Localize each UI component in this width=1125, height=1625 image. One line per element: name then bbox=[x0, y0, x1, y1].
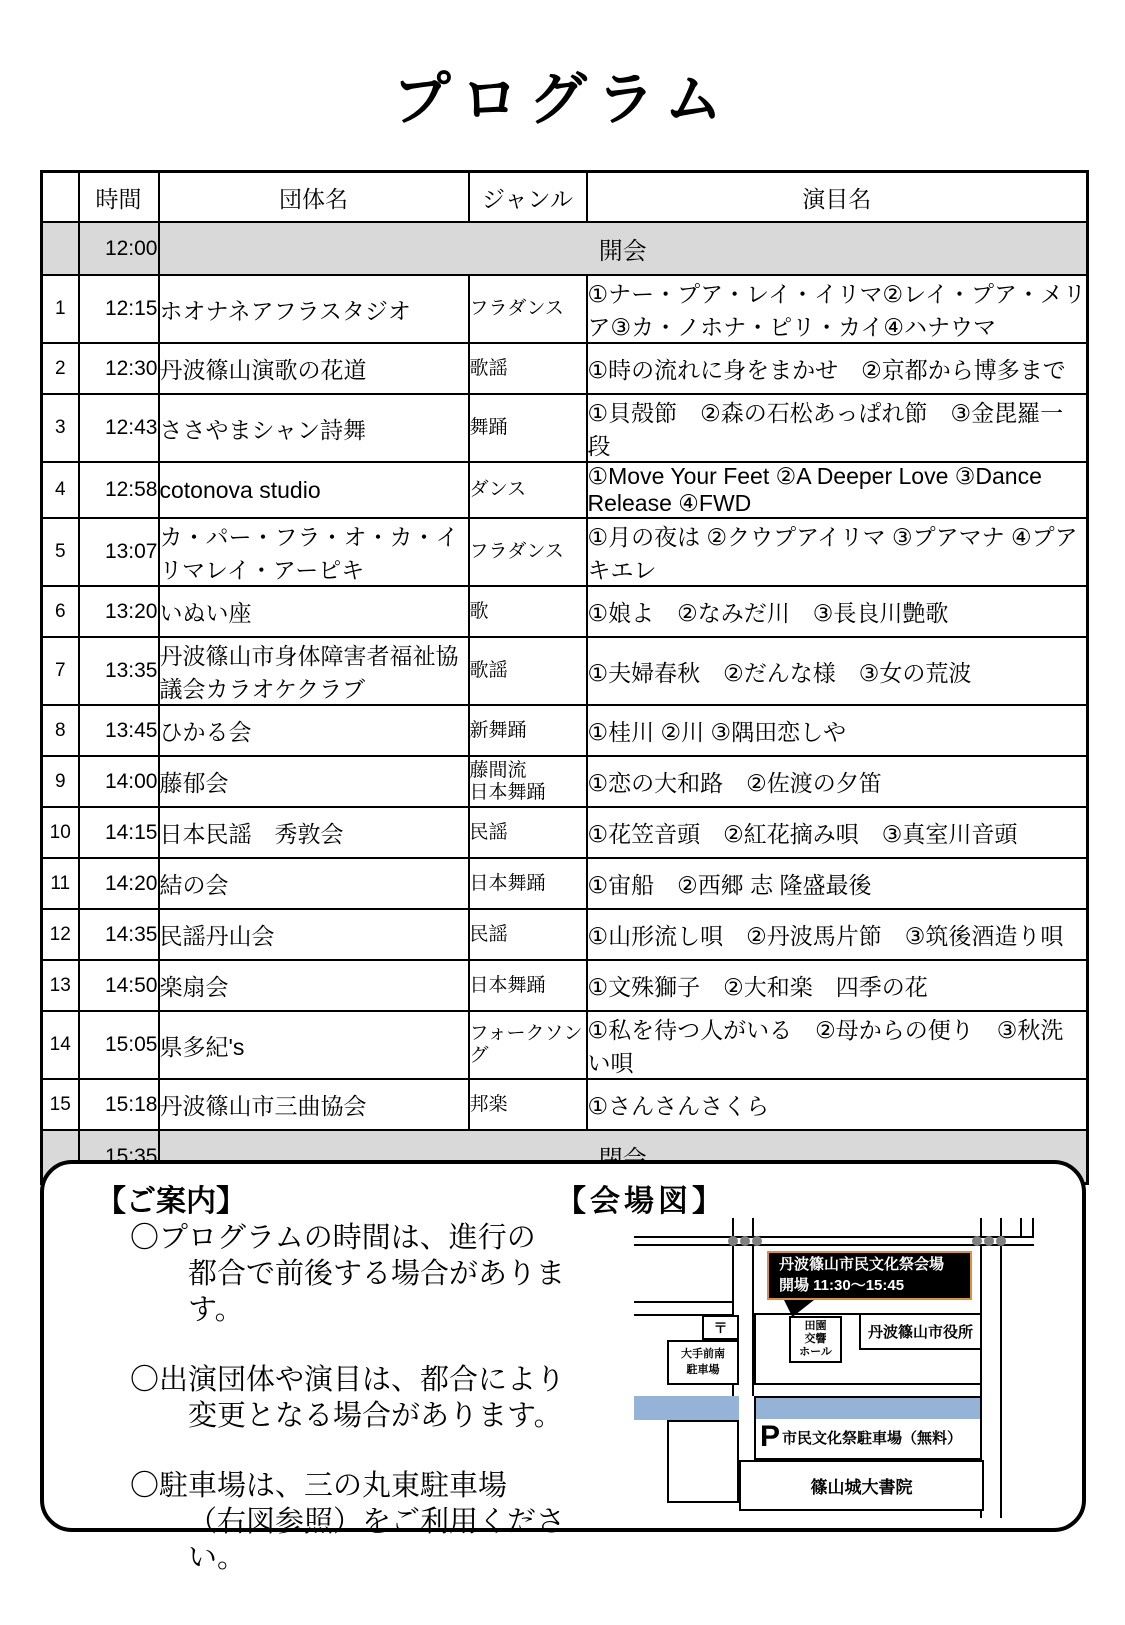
cell-time: 12:30 bbox=[79, 343, 159, 394]
road-side-left bbox=[634, 1301, 732, 1316]
opening-label: 開会 bbox=[159, 222, 1088, 275]
cell-time: 15:18 bbox=[79, 1079, 159, 1130]
cell-group: ホオナネアフラスタジオ bbox=[159, 275, 469, 343]
table-row: 10 14:15 日本民謡 秀敦会 民謡 ①花笠音頭 ②紅花摘み唄 ③真室川音頭 bbox=[42, 807, 1088, 858]
guide-heading: 【ご案内】 bbox=[96, 1176, 246, 1220]
cell-time: 13:45 bbox=[79, 705, 159, 756]
cell-no: 8 bbox=[42, 705, 79, 756]
cell-program: ①桂川 ②川 ③隅田恋しや bbox=[587, 705, 1088, 756]
info-box: 【ご案内】 【会場図】 〇プログラムの時間は、進行の 都合で前後する場合がありま… bbox=[40, 1160, 1086, 1532]
opening-row: 12:00 開会 bbox=[42, 222, 1088, 275]
cell-time: 12:43 bbox=[79, 394, 159, 462]
cell-no: 3 bbox=[42, 394, 79, 462]
venue-callout: 丹波篠山市民文化祭会場 開場 11:30～15:45 bbox=[767, 1251, 972, 1300]
hall-building: 田園 交響 ホール bbox=[789, 1316, 842, 1363]
table-row: 5 13:07 カ・パー・フラ・オ・カ・イリマレイ・アーピキ フラダンス ①月の… bbox=[42, 518, 1088, 586]
table-row: 3 12:43 ささやまシャン詩舞 舞踊 ①貝殻節 ②森の石松あっぱれ節 ③金毘… bbox=[42, 394, 1088, 462]
cell-group: 藤郁会 bbox=[159, 756, 469, 807]
cell-no: 11 bbox=[42, 858, 79, 909]
table-row: 11 14:20 結の会 日本舞踊 ①宙船 ②西郷 志 隆盛最後 bbox=[42, 858, 1088, 909]
notice-item: 〇プログラムの時間は、進行の 都合で前後する場合があります。 bbox=[130, 1220, 590, 1328]
cell-genre: フォークソング bbox=[469, 1011, 587, 1079]
cell-time: 14:35 bbox=[79, 909, 159, 960]
program-table: 時間 団体名 ジャンル 演目名 12:00 開会 1 12:15 ホオナネアフラ… bbox=[40, 170, 1089, 1185]
cell-group: 丹波篠山演歌の花道 bbox=[159, 343, 469, 394]
cell-group: カ・パー・フラ・オ・カ・イリマレイ・アーピキ bbox=[159, 518, 469, 586]
cell-program: ①月の夜は ②クウプアイリマ ③プアマナ ④プアキエレ bbox=[587, 518, 1088, 586]
cell-no: 15 bbox=[42, 1079, 79, 1130]
table-row: 13 14:50 楽扇会 日本舞踊 ①文殊獅子 ②大和楽 四季の花 bbox=[42, 960, 1088, 1011]
table-row: 6 13:20 いぬい座 歌 ①娘よ ②なみだ川 ③長良川艶歌 bbox=[42, 586, 1088, 637]
cell-program: ①さんさんさくら bbox=[587, 1079, 1088, 1130]
cell-no: 1 bbox=[42, 275, 79, 343]
traffic-light-icon bbox=[728, 1235, 762, 1247]
cell-no: 5 bbox=[42, 518, 79, 586]
cell-group: 丹波篠山市三曲協会 bbox=[159, 1079, 469, 1130]
cell-program: ①私を待つ人がいる ②母からの便り ③秋洗い唄 bbox=[587, 1011, 1088, 1079]
table-header-row: 時間 団体名 ジャンル 演目名 bbox=[42, 172, 1088, 223]
post-office-icon: 〒 bbox=[714, 1318, 728, 1338]
city-hall-building: 丹波篠山市役所 bbox=[859, 1313, 982, 1350]
venue-callout-line1: 丹波篠山市民文化祭会場 bbox=[779, 1255, 970, 1275]
cell-time: 12:00 bbox=[79, 222, 159, 275]
road-vertical-far-right bbox=[1020, 1218, 1034, 1236]
cell-program: ①時の流れに身をまかせ ②京都から博多まで bbox=[587, 343, 1088, 394]
header-group: 団体名 bbox=[159, 172, 469, 223]
cell-group: 日本民謡 秀敦会 bbox=[159, 807, 469, 858]
page-title: プログラム bbox=[0, 52, 1125, 136]
cell-genre: フラダンス bbox=[469, 275, 587, 343]
table-row: 2 12:30 丹波篠山演歌の花道 歌謡 ①時の流れに身をまかせ ②京都から博多… bbox=[42, 343, 1088, 394]
cell-no: 6 bbox=[42, 586, 79, 637]
parking-icon: P bbox=[760, 1422, 780, 1452]
cell-program: ①貝殻節 ②森の石松あっぱれ節 ③金毘羅一段 bbox=[587, 394, 1088, 462]
unlabeled-block bbox=[667, 1420, 739, 1503]
parking-southwest: 大手前南 駐車場 bbox=[667, 1340, 739, 1385]
cell-time: 15:05 bbox=[79, 1011, 159, 1079]
cell-genre: 日本舞踊 bbox=[469, 960, 587, 1011]
cell-genre: フラダンス bbox=[469, 518, 587, 586]
cell-no: 7 bbox=[42, 637, 79, 705]
cell-group: 民謡丹山会 bbox=[159, 909, 469, 960]
cell-time: 12:58 bbox=[79, 462, 159, 518]
cell-genre: 藤間流 日本舞踊 bbox=[469, 756, 587, 807]
table-row: 7 13:35 丹波篠山市身体障害者福祉協議会カラオケクラブ 歌謡 ①夫婦春秋 … bbox=[42, 637, 1088, 705]
venue-callout-line2: 開場 11:30～15:45 bbox=[779, 1276, 970, 1296]
table-row: 1 12:15 ホオナネアフラスタジオ フラダンス ①ナー・プア・レイ・イリマ②… bbox=[42, 275, 1088, 343]
cell-genre: 新舞踊 bbox=[469, 705, 587, 756]
table-row: 4 12:58 cotonova studio ダンス ①Move Your F… bbox=[42, 462, 1088, 518]
cell-program: ①Move Your Feet ②A Deeper Love ③Dance Re… bbox=[587, 462, 1088, 518]
header-genre: ジャンル bbox=[469, 172, 587, 223]
cell-time: 14:15 bbox=[79, 807, 159, 858]
cell-no: 13 bbox=[42, 960, 79, 1011]
cell-group: 丹波篠山市身体障害者福祉協議会カラオケクラブ bbox=[159, 637, 469, 705]
header-program: 演目名 bbox=[587, 172, 1088, 223]
cell-genre: 邦楽 bbox=[469, 1079, 587, 1130]
cell-genre: 民謡 bbox=[469, 807, 587, 858]
cell-program: ①娘よ ②なみだ川 ③長良川艶歌 bbox=[587, 586, 1088, 637]
notice-item: 〇駐車場は、三の丸東駐車場 （右図参照）をご利用ください。 bbox=[130, 1468, 590, 1576]
cell-time: 14:50 bbox=[79, 960, 159, 1011]
cell-group: ささやまシャン詩舞 bbox=[159, 394, 469, 462]
cell-no: 2 bbox=[42, 343, 79, 394]
cell-genre: 歌 bbox=[469, 586, 587, 637]
cell-group: ひかる会 bbox=[159, 705, 469, 756]
cell-no bbox=[42, 222, 79, 275]
cell-no: 10 bbox=[42, 807, 79, 858]
cell-program: ①ナー・プア・レイ・イリマ②レイ・プア・メリア③カ・ノホナ・ピリ・カイ④ハナウマ bbox=[587, 275, 1088, 343]
cell-genre: ダンス bbox=[469, 462, 587, 518]
festival-parking-label: P 市民文化祭駐車場（無料） bbox=[760, 1422, 962, 1452]
cell-program: ①恋の大和路 ②佐渡の夕笛 bbox=[587, 756, 1088, 807]
cell-program: ①花笠音頭 ②紅花摘み唄 ③真室川音頭 bbox=[587, 807, 1088, 858]
cell-genre: 日本舞踊 bbox=[469, 858, 587, 909]
cell-group: 県多紀's bbox=[159, 1011, 469, 1079]
cell-time: 12:15 bbox=[79, 275, 159, 343]
cell-time: 13:35 bbox=[79, 637, 159, 705]
cell-program: ①文殊獅子 ②大和楽 四季の花 bbox=[587, 960, 1088, 1011]
moat-band-left bbox=[634, 1396, 739, 1420]
notice-item: 〇出演団体や演目は、都合により 変更となる場合があります。 bbox=[130, 1362, 590, 1434]
parking-text: 市民文化祭駐車場（無料） bbox=[782, 1427, 962, 1448]
cell-no: 12 bbox=[42, 909, 79, 960]
header-no bbox=[42, 172, 79, 223]
notice-list: 〇プログラムの時間は、進行の 都合で前後する場合があります。 〇出演団体や演目は… bbox=[130, 1220, 590, 1610]
cell-time: 14:00 bbox=[79, 756, 159, 807]
cell-genre: 歌謡 bbox=[469, 343, 587, 394]
cell-program: ①夫婦春秋 ②だんな様 ③女の荒波 bbox=[587, 637, 1088, 705]
traffic-light-icon bbox=[972, 1235, 1006, 1247]
venue-map: 〒 大手前南 駐車場 田園 交響 ホール 丹波篠山市役所 P 市民文化祭駐車場（… bbox=[622, 1210, 1058, 1522]
table-row: 9 14:00 藤郁会 藤間流 日本舞踊 ①恋の大和路 ②佐渡の夕笛 bbox=[42, 756, 1088, 807]
post-office-box: 〒 bbox=[702, 1315, 739, 1340]
header-time: 時間 bbox=[79, 172, 159, 223]
cell-time: 13:20 bbox=[79, 586, 159, 637]
shoin-building: 篠山城大書院 bbox=[739, 1460, 984, 1511]
cell-group: 結の会 bbox=[159, 858, 469, 909]
cell-group: 楽扇会 bbox=[159, 960, 469, 1011]
cell-group: cotonova studio bbox=[159, 462, 469, 518]
cell-genre: 民謡 bbox=[469, 909, 587, 960]
table-row: 14 15:05 県多紀's フォークソング ①私を待つ人がいる ②母からの便り… bbox=[42, 1011, 1088, 1079]
table-row: 12 14:35 民謡丹山会 民謡 ①山形流し唄 ②丹波馬片節 ③筑後酒造り唄 bbox=[42, 909, 1088, 960]
cell-program: ①宙船 ②西郷 志 隆盛最後 bbox=[587, 858, 1088, 909]
cell-program: ①山形流し唄 ②丹波馬片節 ③筑後酒造り唄 bbox=[587, 909, 1088, 960]
cell-time: 13:07 bbox=[79, 518, 159, 586]
cell-no: 9 bbox=[42, 756, 79, 807]
moat-band-right bbox=[756, 1398, 980, 1419]
cell-time: 14:20 bbox=[79, 858, 159, 909]
cell-genre: 舞踊 bbox=[469, 394, 587, 462]
cell-no: 14 bbox=[42, 1011, 79, 1079]
cell-group: いぬい座 bbox=[159, 586, 469, 637]
table-row: 15 15:18 丹波篠山市三曲協会 邦楽 ①さんさんさくら bbox=[42, 1079, 1088, 1130]
table-row: 8 13:45 ひかる会 新舞踊 ①桂川 ②川 ③隅田恋しや bbox=[42, 705, 1088, 756]
cell-genre: 歌謡 bbox=[469, 637, 587, 705]
cell-no: 4 bbox=[42, 462, 79, 518]
